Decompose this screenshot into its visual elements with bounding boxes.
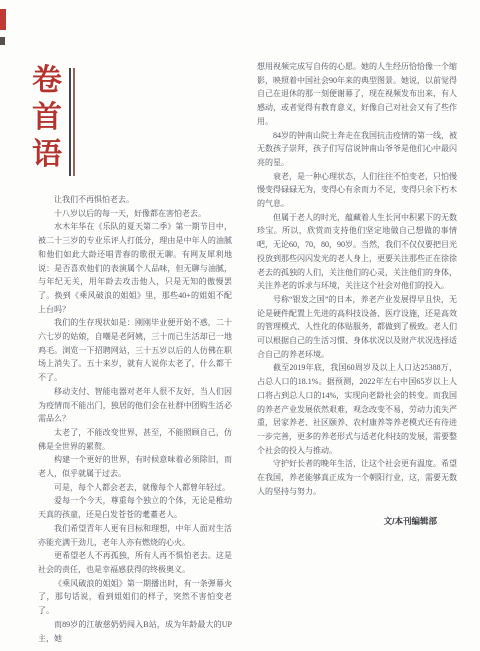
left-text-column: 让我们不再惧怕老去。 十八岁以后的每一天，好像都在害怕老去。 水木年华在《乐队的… bbox=[38, 193, 232, 645]
paragraph: 但属于老人的时光，蕴藏着人生长河中积累下的无数珍宝。所以，欣赏而支持他们坚定地做… bbox=[257, 211, 457, 293]
paragraph: 太老了，不能改变世界，甚至，不能照顾自己，仿佛是全世界的累赘。 bbox=[38, 426, 232, 453]
paragraph: 截至2019年底，我国60周岁及以上人口达25388万，占总人口的18.1%。据… bbox=[257, 361, 457, 457]
paragraph: 我们的生存现状如是：刚刚毕业便开始不惑，二十六七岁的姑娘，自嘲是老阿姨，三十而已… bbox=[38, 316, 232, 385]
title-vertical-rule bbox=[69, 68, 75, 176]
paragraph: 守护好长者的晚年生活，让这个社会更有温度。希望在我国，养老能够真正成为一个朝阳行… bbox=[257, 457, 457, 498]
paragraph: 我们希望青年人更有目标和理想，中年人面对生活亦能充满干劲儿，老年人亦有燃烧的心火… bbox=[38, 522, 232, 549]
paragraph: 号称“银发之国”的日本，养老产业发展得早且快，无论是硬件配置上先进的高科技设备、… bbox=[257, 293, 457, 362]
page-edge-mark-red bbox=[0, 9, 6, 30]
right-text-column: 想用视频完成写自传的心愿。她的人生经历恰恰像一个缩影，映照着中国社会90年来的典… bbox=[257, 60, 457, 528]
paragraph: 十八岁以后的每一天，好像都在害怕老去。 bbox=[38, 207, 232, 221]
title-char-2: 首 bbox=[32, 103, 62, 133]
paragraph: 更希望老人不再孤独，所有人再不惧怕老去。这是社会的责任，也是幸福感获得的终极奥义… bbox=[38, 549, 232, 576]
paragraph: 84岁的钟南山院士奔走在我国抗击疫情的第一线，被无数孩子崇拜，孩子们写信说钟南山… bbox=[257, 129, 457, 170]
paragraph: 水木年华在《乐队的夏天第二季》第一期节目中，被二十三岁的专业乐评人打低分，理由是… bbox=[38, 220, 232, 316]
paragraph: 而89岁的江敏慈奶奶闯入B站，成为年龄最大的UP主，她 bbox=[38, 618, 232, 645]
paragraph: 《乘风破浪的姐姐》第一期播出时，有一条弹幕火了，那句话说，看到姐姐们的样子，突然… bbox=[38, 577, 232, 618]
byline: 文/本刊编辑部 bbox=[257, 515, 457, 529]
paragraph: 构建一个更好的世界，有时候意味着必须除旧，而老人，似乎就属于过去。 bbox=[38, 453, 232, 480]
magazine-foreword-page: 卷 首 语 让我们不再惧怕老去。 十八岁以后的每一天，好像都在害怕老去。 水木年… bbox=[0, 0, 480, 651]
paragraph: 衰老，是一种心理状态，人们往往不怕变老，只怕慢慢变得碌碌无为，变得心有余而力不足… bbox=[257, 170, 457, 211]
paragraph: 移动支付、智能电器对老年人很不友好，当人们因为疫情而不能出门，独居的他们会在社群… bbox=[38, 385, 232, 426]
title-char-1: 卷 bbox=[32, 66, 62, 96]
section-title-vertical: 卷 首 语 bbox=[32, 66, 62, 170]
paragraph: 爱每一个今天，尊重每个独立的个体，无论是稚幼天真的孩童，还是白发苍苍的耄耋老人。 bbox=[38, 494, 232, 521]
page-edge-mark-dark bbox=[0, 37, 5, 45]
paragraph: 想用视频完成写自传的心愿。她的人生经历恰恰像一个缩影，映照着中国社会90年来的典… bbox=[257, 60, 457, 129]
paragraph: 让我们不再惧怕老去。 bbox=[38, 193, 232, 207]
paragraph: 可是，每个人都会老去，就像每个人都曾年轻过。 bbox=[38, 481, 232, 495]
title-char-3: 语 bbox=[32, 140, 62, 170]
